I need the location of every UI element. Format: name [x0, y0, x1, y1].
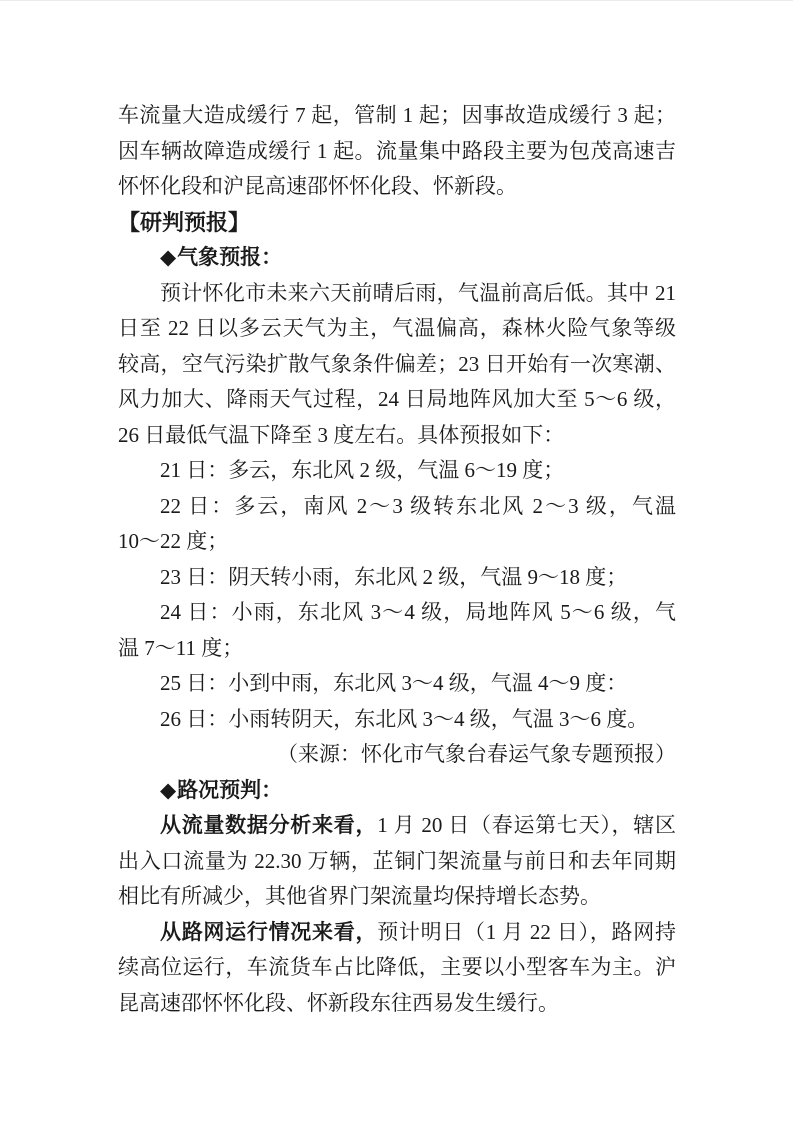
road-network-text: 预计明日（1 月 22 日），路网持 — [377, 920, 676, 944]
weather-subheading-label: 气象预报： — [177, 246, 282, 269]
daily-forecast-line: 温 7～11 度； — [118, 631, 676, 667]
traffic-flow-line: 从流量数据分析来看，1 月 20 日（春运第七天），辖区 — [118, 808, 676, 844]
daily-forecast-line: 10～22 度； — [118, 524, 676, 560]
diamond-bullet-icon: ◆ — [160, 779, 176, 802]
intro-line: 因车辆故障造成缓行 1 起。流量集中路段主要为包茂高速吉 — [118, 134, 676, 170]
road-network-line: 从路网运行情况来看，预计明日（1 月 22 日），路网持 — [118, 915, 676, 951]
intro-line: 车流量大造成缓行 7 起，管制 1 起；因事故造成缓行 3 起； — [118, 98, 676, 134]
traffic-flow-text: 1 月 20 日（春运第七天），辖区 — [377, 813, 676, 837]
weather-para-line: 风力加大、降雨天气过程，24 日局地阵风加大至 5～6 级， — [118, 382, 676, 418]
intro-line: 怀怀化段和沪昆高速邵怀怀化段、怀新段。 — [118, 169, 676, 205]
daily-forecast-line: 22 日：多云，南风 2～3 级转东北风 2～3 级，气温 — [118, 489, 676, 525]
source-attribution: （来源：怀化市气象台春运气象专题预报） — [118, 737, 676, 773]
document-page: 车流量大造成缓行 7 起，管制 1 起；因事故造成缓行 3 起； 因车辆故障造成… — [0, 0, 793, 1122]
weather-para-line: 26 日最低气温下降至 3 度左右。具体预报如下： — [118, 418, 676, 454]
document-body: 车流量大造成缓行 7 起，管制 1 起；因事故造成缓行 3 起； 因车辆故障造成… — [118, 98, 676, 1021]
daily-forecast-line: 25 日：小到中雨，东北风 3～4 级，气温 4～9 度： — [118, 666, 676, 702]
weather-subheading: ◆气象预报： — [118, 240, 676, 276]
diamond-bullet-icon: ◆ — [160, 246, 176, 269]
daily-forecast-line: 24 日：小雨，东北风 3～4 级，局地阵风 5～6 级，气 — [118, 595, 676, 631]
daily-forecast-line: 21 日：多云，东北风 2 级，气温 6～19 度； — [118, 453, 676, 489]
weather-para-line: 较高，空气污染扩散气象条件偏差；23 日开始有一次寒潮、 — [118, 347, 676, 383]
road-network-line: 昆高速邵怀怀化段、怀新段东往西易发生缓行。 — [118, 986, 676, 1022]
section-heading: 【研判预报】 — [118, 205, 676, 241]
road-subheading-label: 路况预判： — [177, 779, 282, 802]
road-subheading: ◆路况预判： — [118, 773, 676, 809]
road-network-line: 续高位运行，车流货车占比降低，主要以小型客车为主。沪 — [118, 950, 676, 986]
traffic-flow-lead-in: 从流量数据分析来看， — [160, 814, 377, 837]
road-network-lead-in: 从路网运行情况来看， — [160, 921, 377, 944]
weather-para-line: 日至 22 日以多云天气为主，气温偏高，森林火险气象等级 — [118, 311, 676, 347]
weather-para-line: 预计怀化市未来六天前晴后雨，气温前高后低。其中 21 — [118, 276, 676, 312]
traffic-flow-line: 相比有所减少，其他省界门架流量均保持增长态势。 — [118, 879, 676, 915]
daily-forecast-line: 26 日：小雨转阴天，东北风 3～4 级，气温 3～6 度。 — [118, 702, 676, 738]
daily-forecast-line: 23 日：阴天转小雨，东北风 2 级，气温 9～18 度； — [118, 560, 676, 596]
traffic-flow-line: 出入口流量为 22.30 万辆，芷铜门架流量与前日和去年同期 — [118, 844, 676, 880]
